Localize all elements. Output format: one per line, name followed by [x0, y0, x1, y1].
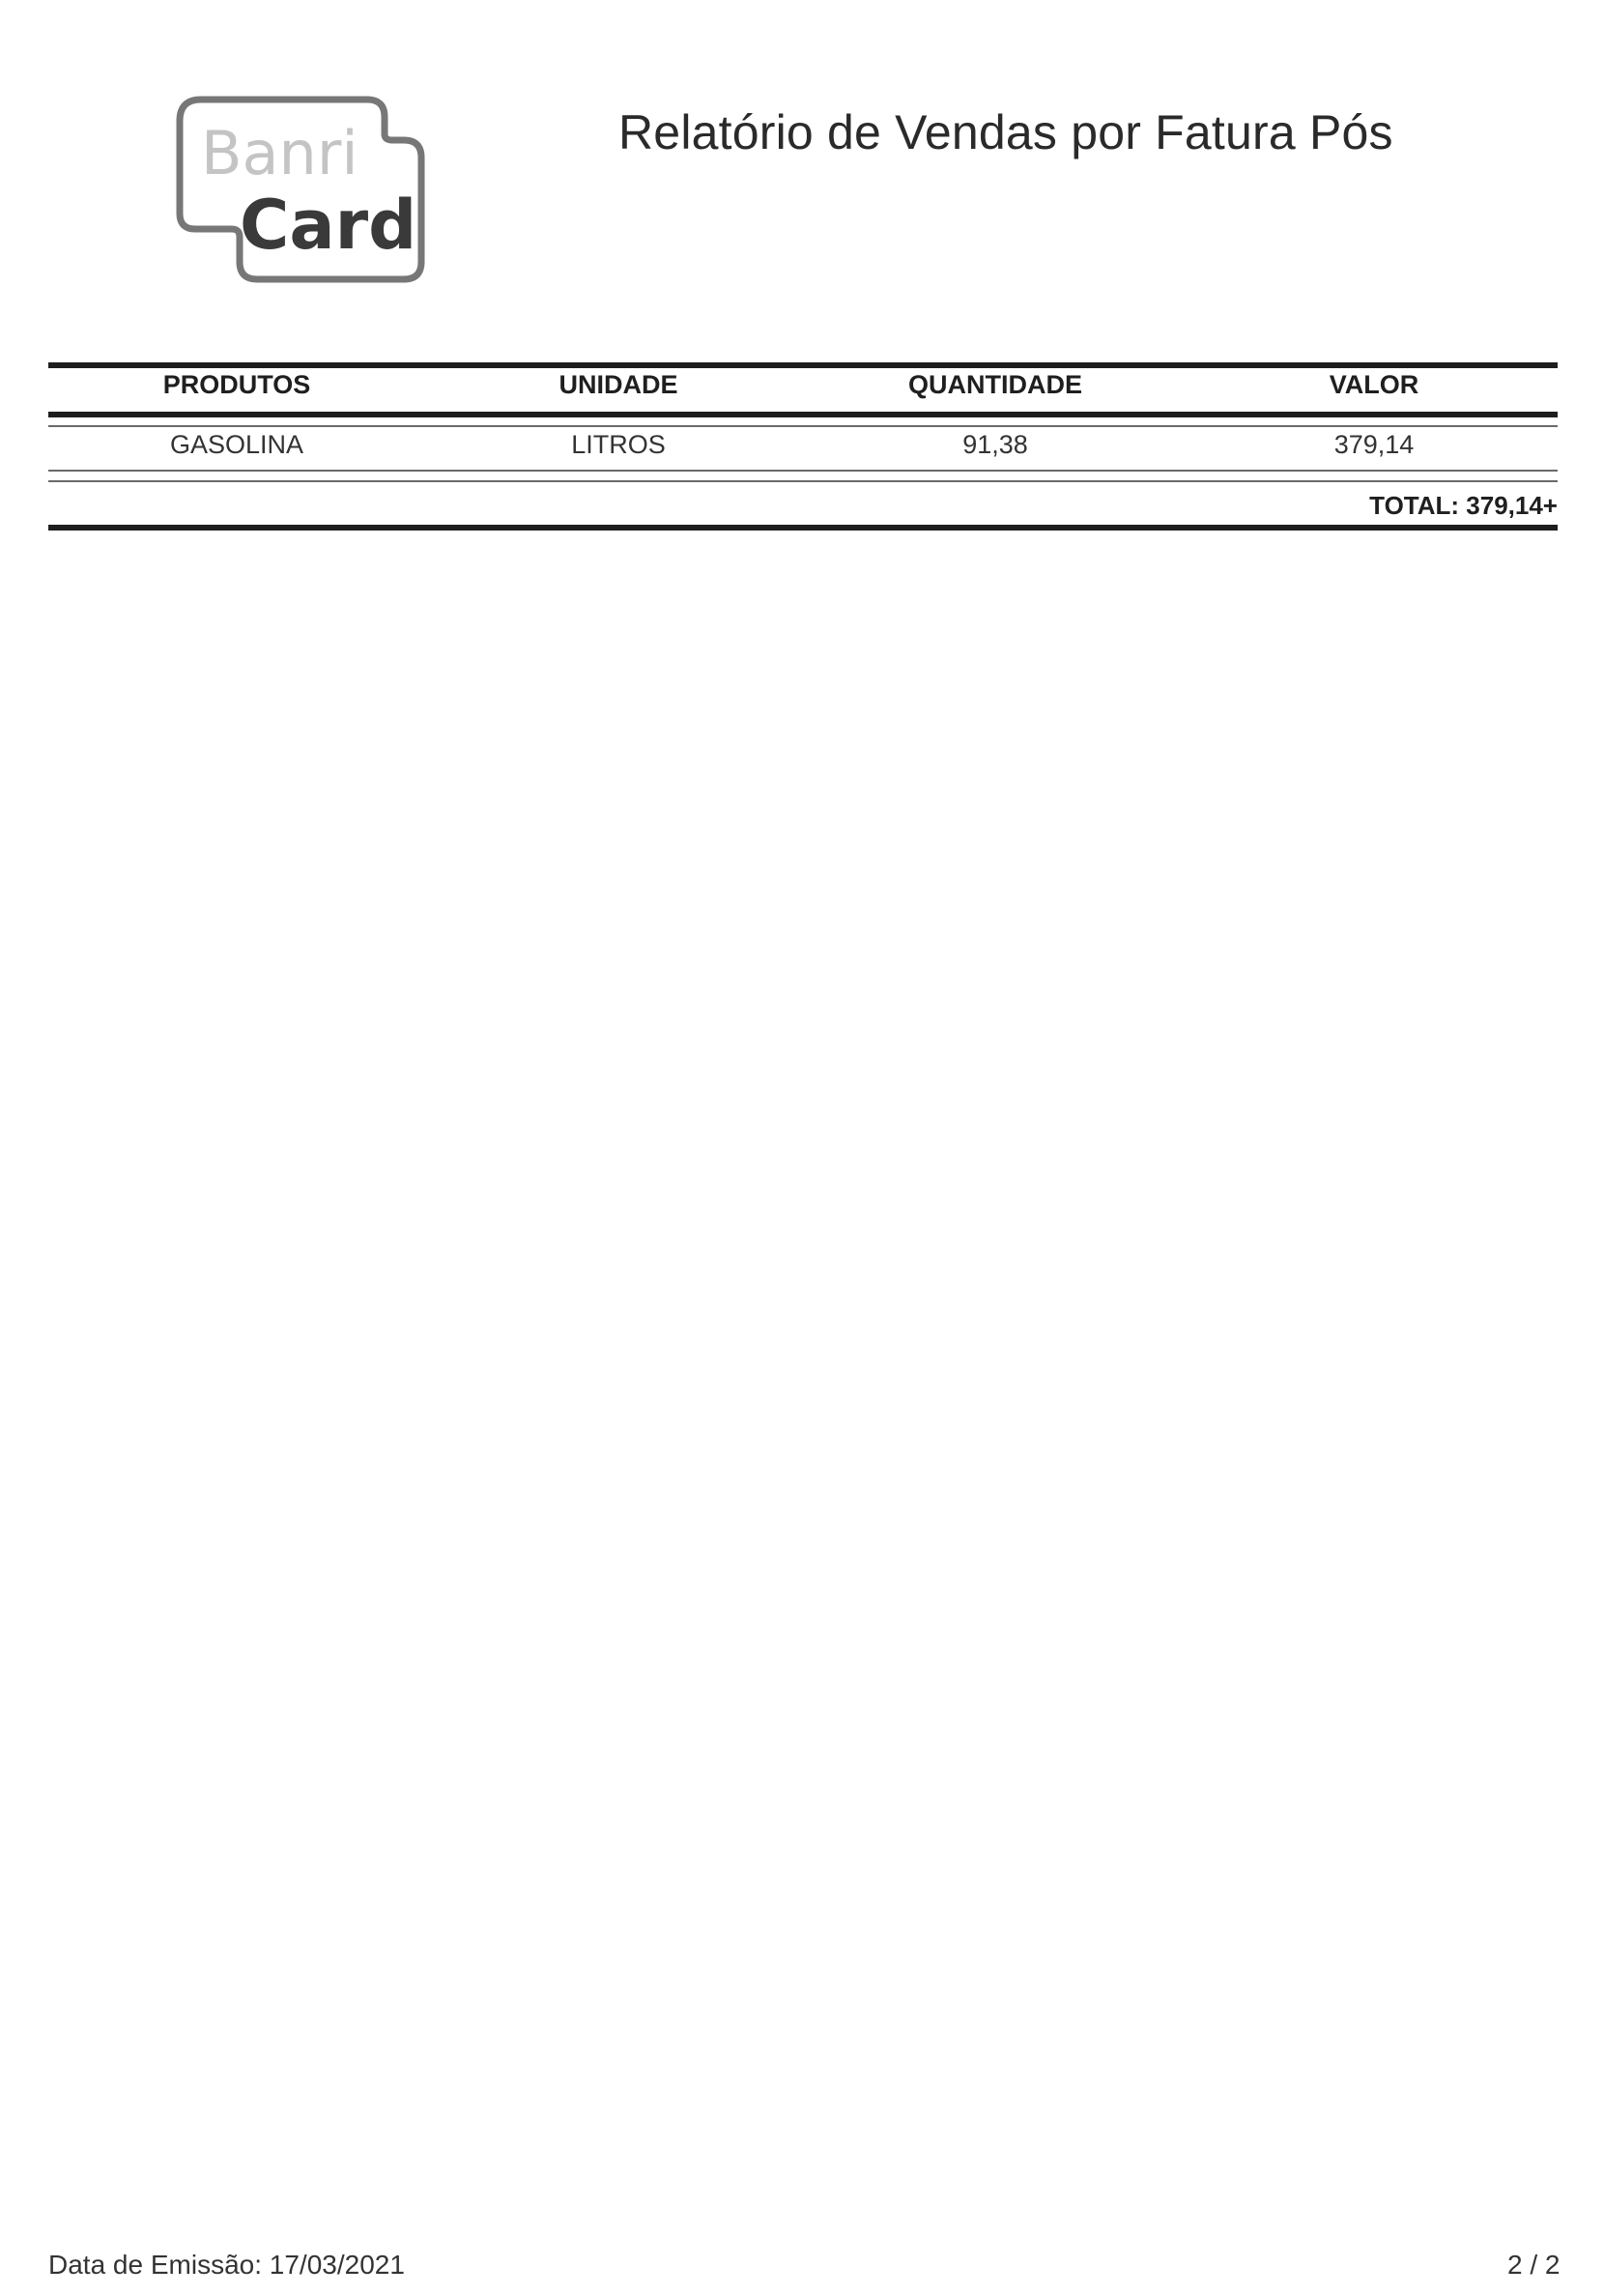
page-number: 2 / 2: [1507, 2250, 1560, 2281]
column-header-unidade: UNIDADE: [473, 370, 763, 400]
table-top-rule: [48, 362, 1558, 368]
logo-text-card: Card: [240, 186, 416, 265]
banricard-logo: Banri Card: [174, 92, 430, 285]
cell-valor: 379,14: [1229, 430, 1519, 460]
table-bottom-rule: [48, 525, 1558, 531]
column-header-quantidade: QUANTIDADE: [850, 370, 1140, 400]
cell-produto: GASOLINA: [92, 430, 382, 460]
cell-unidade: LITROS: [473, 430, 763, 460]
cell-quantidade: 91,38: [850, 430, 1140, 460]
header-bottom-rule: [48, 412, 1558, 417]
row-bottom-rule: [48, 470, 1558, 472]
total-top-rule: [48, 480, 1558, 482]
report-title: Relatório de Vendas por Fatura Pós: [618, 104, 1393, 160]
column-header-valor: VALOR: [1229, 370, 1519, 400]
emission-date: Data de Emissão: 17/03/2021: [48, 2250, 405, 2281]
total-value: TOTAL: 379,14+: [1369, 491, 1558, 521]
column-header-produtos: PRODUTOS: [92, 370, 382, 400]
logo-text-banri: Banri: [201, 118, 358, 188]
logo-card-shape: Banri Card: [174, 92, 430, 285]
row-top-rule: [48, 425, 1558, 427]
